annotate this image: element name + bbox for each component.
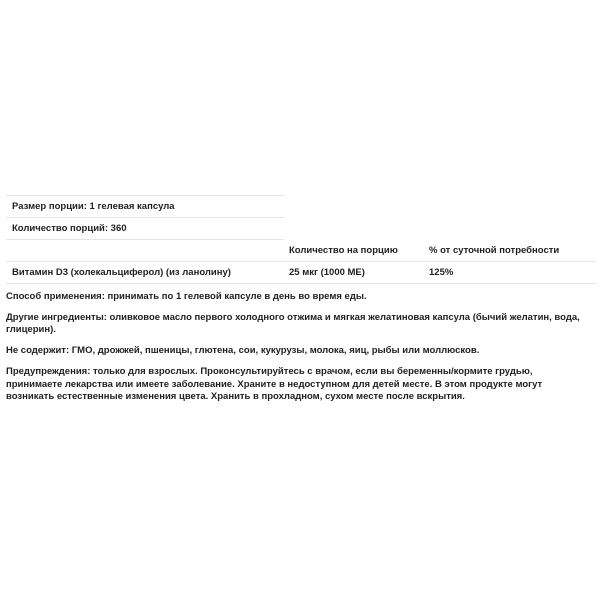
usage-instructions: Способ применения: принимать по 1 гелево… [6,291,586,304]
table-row: Витамин D3 (холекальциферол) (из ланолин… [6,262,596,284]
serving-size: Размер порции: 1 гелевая капсула [12,196,175,217]
servings-per-container-row: Количество порций: 360 [6,218,284,240]
header-daily-value: % от суточной потребности [429,240,559,261]
serving-size-row: Размер порции: 1 гелевая капсула [6,195,284,218]
servings-per-container: Количество порций: 360 [12,218,127,239]
warnings: Предупреждения: только для взрослых. Про… [6,366,586,404]
table-header-row: Количество на порцию % от суточной потре… [6,240,596,262]
supplement-facts-table: Размер порции: 1 гелевая капсула Количес… [6,195,596,284]
other-ingredients: Другие ингредиенты: оливковое масло перв… [6,312,586,337]
header-amount: Количество на порцию [289,240,398,261]
nutrient-amount: 25 мкг (1000 МЕ) [289,262,365,283]
product-notes: Способ применения: принимать по 1 гелево… [6,291,586,412]
free-of-statement: Не содержит: ГМО, дрожжей, пшеницы, глют… [6,345,586,358]
nutrient-daily-value: 125% [429,262,453,283]
nutrient-name: Витамин D3 (холекальциферол) (из ланолин… [12,262,231,283]
